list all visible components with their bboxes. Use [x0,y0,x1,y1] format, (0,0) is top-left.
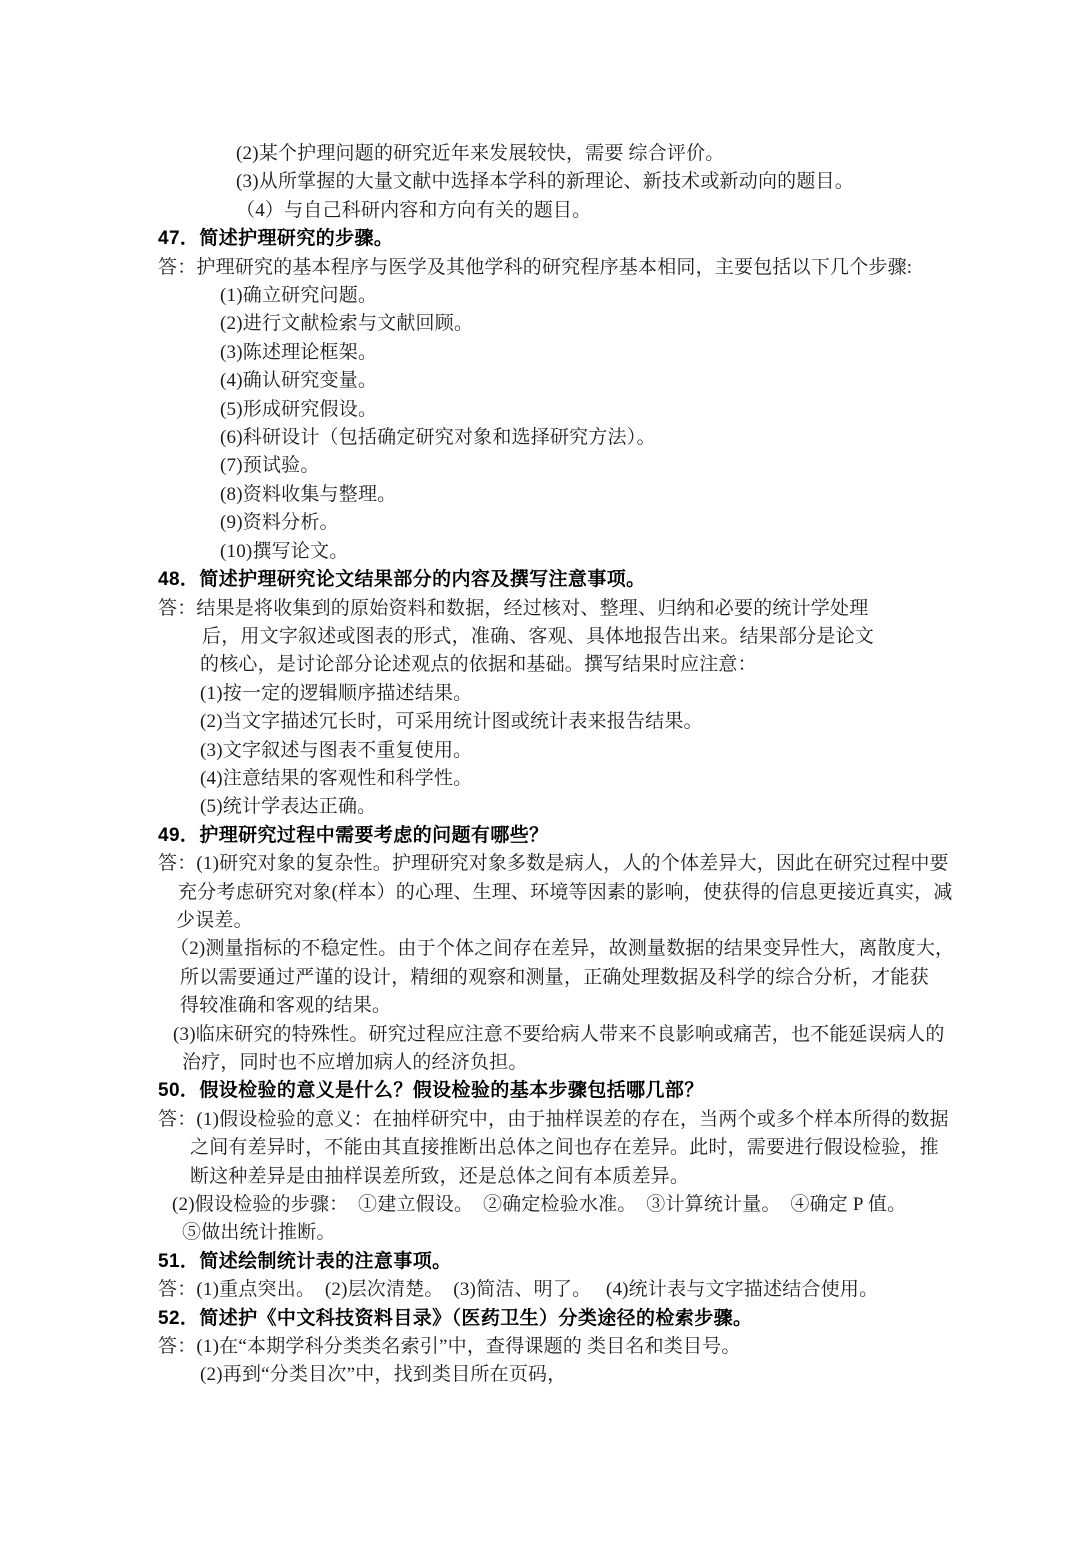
text-line: 答：结果是将收集到的原始资料和数据，经过核对、整理、归纳和必要的统计学处理 [158,595,970,623]
text-line: (2)再到“分类目次”中，找到类目所在页码， [200,1361,970,1389]
text-line: (10)撰写论文。 [220,538,970,566]
text-line: (1)按一定的逻辑顺序描述结果。 [200,680,970,708]
text-line: (5)形成研究假设。 [220,396,970,424]
text-line: （4）与自己科研内容和方向有关的题目。 [236,197,970,225]
text-line: (2)某个护理问题的研究近年来发展较快，需要 综合评价。 [236,140,970,168]
text-line: (2)进行文献检索与文献回顾。 [220,310,970,338]
text-line: (2)当文字描述冗长时，可采用统计图或统计表来报告结果。 [200,708,970,736]
question-heading: 47．简述护理研究的步骤。 [158,225,970,253]
text-line: 后，用文字叙述或图表的形式，准确、客观、具体地报告出来。结果部分是论文 [202,623,970,651]
text-line: （2)测量指标的不稳定性。由于个体之间存在差异，故测量数据的结果变异性大，离散度… [170,935,970,963]
text-line: 答：(1)假设检验的意义：在抽样研究中，由于抽样误差的存在，当两个或多个样本所得… [158,1106,970,1134]
text-line: (3)陈述理论框架。 [220,339,970,367]
question-heading: 48．简述护理研究论文结果部分的内容及撰写注意事项。 [158,566,970,594]
text-line: 治疗，同时也不应增加病人的经济负担。 [182,1049,970,1077]
text-line: 答：护理研究的基本程序与医学及其他学科的研究程序基本相同，主要包括以下几个步骤: [158,254,970,282]
question-heading: 49．护理研究过程中需要考虑的问题有哪些？ [158,822,970,850]
question-heading: 50．假设检验的意义是什么？假设检验的基本步骤包括哪几部？ [158,1077,970,1105]
text-line: 之间有差异时，不能由其直接推断出总体之间也存在差异。此时，需要进行假设检验，推 [190,1134,970,1162]
question-heading: 51．简述绘制统计表的注意事项。 [158,1248,970,1276]
text-line: 答：(1)重点突出。 (2)层次清楚。 (3)简洁、明了。 (4)统计表与文字描… [158,1276,970,1304]
text-line: (9)资料分析。 [220,509,970,537]
text-line: (3)从所掌握的大量文献中选择本学科的新理论、新技术或新动向的题目。 [236,168,970,196]
document-lines: (2)某个护理问题的研究近年来发展较快，需要 综合评价。(3)从所掌握的大量文献… [158,140,970,1390]
text-line: 充分考虑研究对象(样本）的心理、生理、环境等因素的影响，使获得的信息更接近真实，… [178,879,970,907]
text-line: 得较准确和客观的结果。 [180,992,970,1020]
text-line: 的核心，是讨论部分论述观点的依据和基础。撰写结果时应注意： [200,651,970,679]
text-line: (8)资料收集与整理。 [220,481,970,509]
text-line: (5)统计学表达正确。 [200,793,970,821]
text-line: ⑤做出统计推断。 [182,1219,970,1247]
text-line: (6)科研设计（包括确定研究对象和选择研究方法）。 [220,424,970,452]
text-line: (3)文字叙述与图表不重复使用。 [200,737,970,765]
text-line: (7)预试验。 [220,452,970,480]
text-line: (1)确立研究问题。 [220,282,970,310]
text-line: (2)假设检验的步骤： ①建立假设。 ②确定检验水准。 ③计算统计量。 ④确定 … [172,1191,970,1219]
text-line: (4)确认研究变量。 [220,367,970,395]
text-line: (3)临床研究的特殊性。研究过程应注意不要给病人带来不良影响或痛苦，也不能延误病… [173,1021,970,1049]
question-heading: 52．简述护《中文科技资料目录》（医药卫生）分类途径的检索步骤。 [158,1305,970,1333]
text-line: 断这种差异是由抽样误差所致，还是总体之间有本质差异。 [190,1163,970,1191]
text-line: 所以需要通过严谨的设计，精细的观察和测量，正确处理数据及科学的综合分析，才能获 [180,964,970,992]
text-line: (4)注意结果的客观性和科学性。 [200,765,970,793]
text-line: 答：(1)在“本期学科分类类名索引”中，查得课题的 类目名和类目号。 [158,1333,970,1361]
document-page: (2)某个护理问题的研究近年来发展较快，需要 综合评价。(3)从所掌握的大量文献… [0,0,1080,1544]
text-line: 少误差。 [176,907,970,935]
text-line: 答：(1)研究对象的复杂性。护理研究对象多数是病人，人的个体差异大，因此在研究过… [158,850,970,878]
